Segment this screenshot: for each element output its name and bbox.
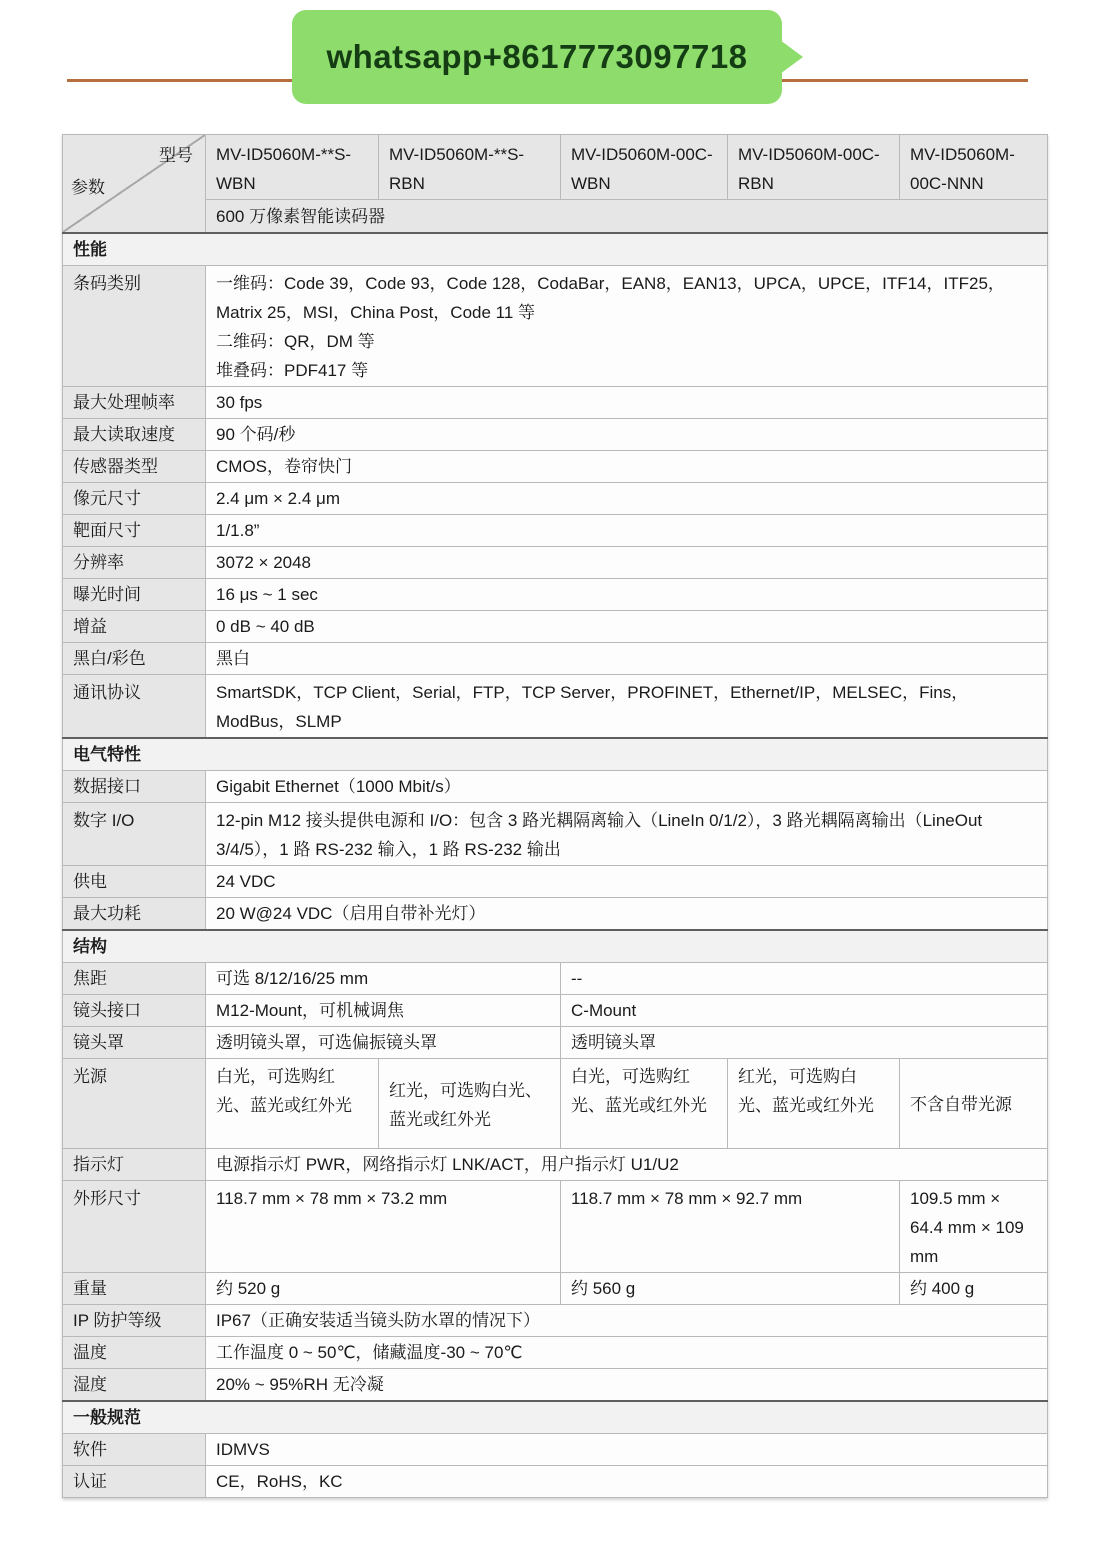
spec-row-pixel-size: 像元尺寸 2.4 μm × 2.4 μm [63,483,1048,515]
row-value: 约 560 g [561,1273,900,1305]
row-label: 外形尺寸 [63,1181,206,1273]
row-value: 约 520 g [206,1273,561,1305]
section-title: 性能 [63,233,1048,266]
row-value: 109.5 mm × 64.4 mm × 109 mm [900,1181,1048,1273]
spec-row-ip-rating: IP 防护等级 IP67（正确安装适当镜头防水罩的情况下） [63,1305,1048,1337]
row-label: 条码类别 [63,266,206,387]
row-value: 90 个码/秒 [206,419,1048,451]
row-value: 3072 × 2048 [206,547,1048,579]
row-label: 分辨率 [63,547,206,579]
row-value: -- [561,963,1048,995]
spec-row-digital-io: 数字 I/O 12-pin M12 接头提供电源和 I/O：包含 3 路光耦隔离… [63,803,1048,866]
spec-row-certification: 认证 CE，RoHS，KC [63,1466,1048,1498]
spec-row-light-source: 光源 白光，可选购红光、蓝光或红外光 红光，可选购白光、蓝光或红外光 白光，可选… [63,1059,1048,1149]
spec-row-temperature: 温度 工作温度 0 ~ 50℃，储藏温度-30 ~ 70℃ [63,1337,1048,1369]
row-label: 最大处理帧率 [63,387,206,419]
row-value: 红光，可选购白光、蓝光或红外光 [728,1059,900,1149]
row-value: CE，RoHS，KC [206,1466,1048,1498]
spec-row-gain: 增益 0 dB ~ 40 dB [63,611,1048,643]
section-header-structure: 结构 [63,930,1048,963]
spec-row-max-power: 最大功耗 20 W@24 VDC（启用自带补光灯） [63,898,1048,931]
spec-row-lens-cover: 镜头罩 透明镜头罩，可选偏振镜头罩 透明镜头罩 [63,1027,1048,1059]
row-label: 数据接口 [63,771,206,803]
spec-row-sensor-format: 靶面尺寸 1/1.8” [63,515,1048,547]
model-name: MV-ID5060M-**S-RBN [379,135,561,200]
row-value: 电源指示灯 PWR，网络指示灯 LNK/ACT，用户指示灯 U1/U2 [206,1149,1048,1181]
row-label: 像元尺寸 [63,483,206,515]
row-value: 白光，可选购红光、蓝光或红外光 [561,1059,728,1149]
row-value: IP67（正确安装适当镜头防水罩的情况下） [206,1305,1048,1337]
row-label: IP 防护等级 [63,1305,206,1337]
row-value: 工作温度 0 ~ 50℃，储藏温度-30 ~ 70℃ [206,1337,1048,1369]
model-name: MV-ID5060M-00C-RBN [728,135,900,200]
spec-row-indicator: 指示灯 电源指示灯 PWR，网络指示灯 LNK/ACT，用户指示灯 U1/U2 [63,1149,1048,1181]
spec-table: 型号 参数 MV-ID5060M-**S-WBN MV-ID5060M-**S-… [62,134,1048,1498]
corner-cell: 型号 参数 [63,135,206,234]
row-label: 指示灯 [63,1149,206,1181]
spec-row-mono-color: 黑白/彩色 黑白 [63,643,1048,675]
subtitle-row: 600 万像素智能读码器 [63,200,1048,234]
corner-param-label: 参数 [71,173,105,202]
row-value: 12-pin M12 接头提供电源和 I/O：包含 3 路光耦隔离输入（Line… [206,803,1048,866]
row-value: 透明镜头罩 [561,1027,1048,1059]
whatsapp-banner-text: whatsapp+8617773097718 [326,38,747,76]
spec-row-dimensions: 外形尺寸 118.7 mm × 78 mm × 73.2 mm 118.7 mm… [63,1181,1048,1273]
row-value: CMOS，卷帘快门 [206,451,1048,483]
row-value: 一维码：Code 39，Code 93，Code 128，CodaBar，EAN… [206,266,1048,387]
corner-model-label: 型号 [159,141,193,170]
row-value: C-Mount [561,995,1048,1027]
row-value: 20 W@24 VDC（启用自带补光灯） [206,898,1048,931]
spec-row-barcode: 条码类别 一维码：Code 39，Code 93，Code 128，CodaBa… [63,266,1048,387]
row-label: 软件 [63,1434,206,1466]
row-label: 认证 [63,1466,206,1498]
section-header-general: 一般规范 [63,1401,1048,1434]
row-label: 数字 I/O [63,803,206,866]
spec-row-humidity: 湿度 20% ~ 95%RH 无冷凝 [63,1369,1048,1402]
subtitle-cell: 600 万像素智能读码器 [206,200,1048,234]
row-value: IDMVS [206,1434,1048,1466]
row-value: 透明镜头罩，可选偏振镜头罩 [206,1027,561,1059]
section-header-performance: 性能 [63,233,1048,266]
row-value: 16 μs ~ 1 sec [206,579,1048,611]
row-value: 20% ~ 95%RH 无冷凝 [206,1369,1048,1402]
section-title: 结构 [63,930,1048,963]
row-value: 红光，可选购白光、蓝光或红外光 [379,1059,561,1149]
row-label: 最大读取速度 [63,419,206,451]
spec-row-software: 软件 IDMVS [63,1434,1048,1466]
row-label: 增益 [63,611,206,643]
spec-row-protocols: 通讯协议 SmartSDK，TCP Client，Serial，FTP，TCP … [63,675,1048,739]
section-title: 电气特性 [63,738,1048,771]
whatsapp-banner: whatsapp+8617773097718 [292,10,782,104]
spec-row-max-read-speed: 最大读取速度 90 个码/秒 [63,419,1048,451]
row-value: 可选 8/12/16/25 mm [206,963,561,995]
model-name: MV-ID5060M-00C-WBN [561,135,728,200]
row-value: 30 fps [206,387,1048,419]
row-value: 白光，可选购红光、蓝光或红外光 [206,1059,379,1149]
row-value: 0 dB ~ 40 dB [206,611,1048,643]
row-label: 靶面尺寸 [63,515,206,547]
row-value: 2.4 μm × 2.4 μm [206,483,1048,515]
row-label: 传感器类型 [63,451,206,483]
row-value: 118.7 mm × 78 mm × 92.7 mm [561,1181,900,1273]
row-label: 温度 [63,1337,206,1369]
row-label: 镜头接口 [63,995,206,1027]
spec-row-resolution: 分辨率 3072 × 2048 [63,547,1048,579]
row-label: 重量 [63,1273,206,1305]
row-value: 约 400 g [900,1273,1048,1305]
model-header-row: 型号 参数 MV-ID5060M-**S-WBN MV-ID5060M-**S-… [63,135,1048,200]
row-value: M12-Mount，可机械调焦 [206,995,561,1027]
section-header-electrical: 电气特性 [63,738,1048,771]
row-value: 1/1.8” [206,515,1048,547]
model-name: MV-ID5060M-00C-NNN [900,135,1048,200]
spec-row-data-interface: 数据接口 Gigabit Ethernet（1000 Mbit/s） [63,771,1048,803]
spec-row-power-supply: 供电 24 VDC [63,866,1048,898]
spec-row-weight: 重量 约 520 g 约 560 g 约 400 g [63,1273,1048,1305]
spec-row-focal-length: 焦距 可选 8/12/16/25 mm -- [63,963,1048,995]
model-name: MV-ID5060M-**S-WBN [206,135,379,200]
spec-row-lens-mount: 镜头接口 M12-Mount，可机械调焦 C-Mount [63,995,1048,1027]
row-value: 不含自带光源 [900,1059,1048,1149]
spec-row-sensor-type: 传感器类型 CMOS，卷帘快门 [63,451,1048,483]
row-label: 湿度 [63,1369,206,1402]
row-value: 24 VDC [206,866,1048,898]
row-value: 黑白 [206,643,1048,675]
row-label: 供电 [63,866,206,898]
row-label: 通讯协议 [63,675,206,739]
row-label: 镜头罩 [63,1027,206,1059]
row-label: 光源 [63,1059,206,1149]
row-label: 曝光时间 [63,579,206,611]
row-label: 最大功耗 [63,898,206,931]
row-label: 焦距 [63,963,206,995]
section-title: 一般规范 [63,1401,1048,1434]
row-label: 黑白/彩色 [63,643,206,675]
row-value: SmartSDK，TCP Client，Serial，FTP，TCP Serve… [206,675,1048,739]
spec-row-max-frame-rate: 最大处理帧率 30 fps [63,387,1048,419]
spec-row-exposure: 曝光时间 16 μs ~ 1 sec [63,579,1048,611]
row-value: 118.7 mm × 78 mm × 73.2 mm [206,1181,561,1273]
row-value: Gigabit Ethernet（1000 Mbit/s） [206,771,1048,803]
